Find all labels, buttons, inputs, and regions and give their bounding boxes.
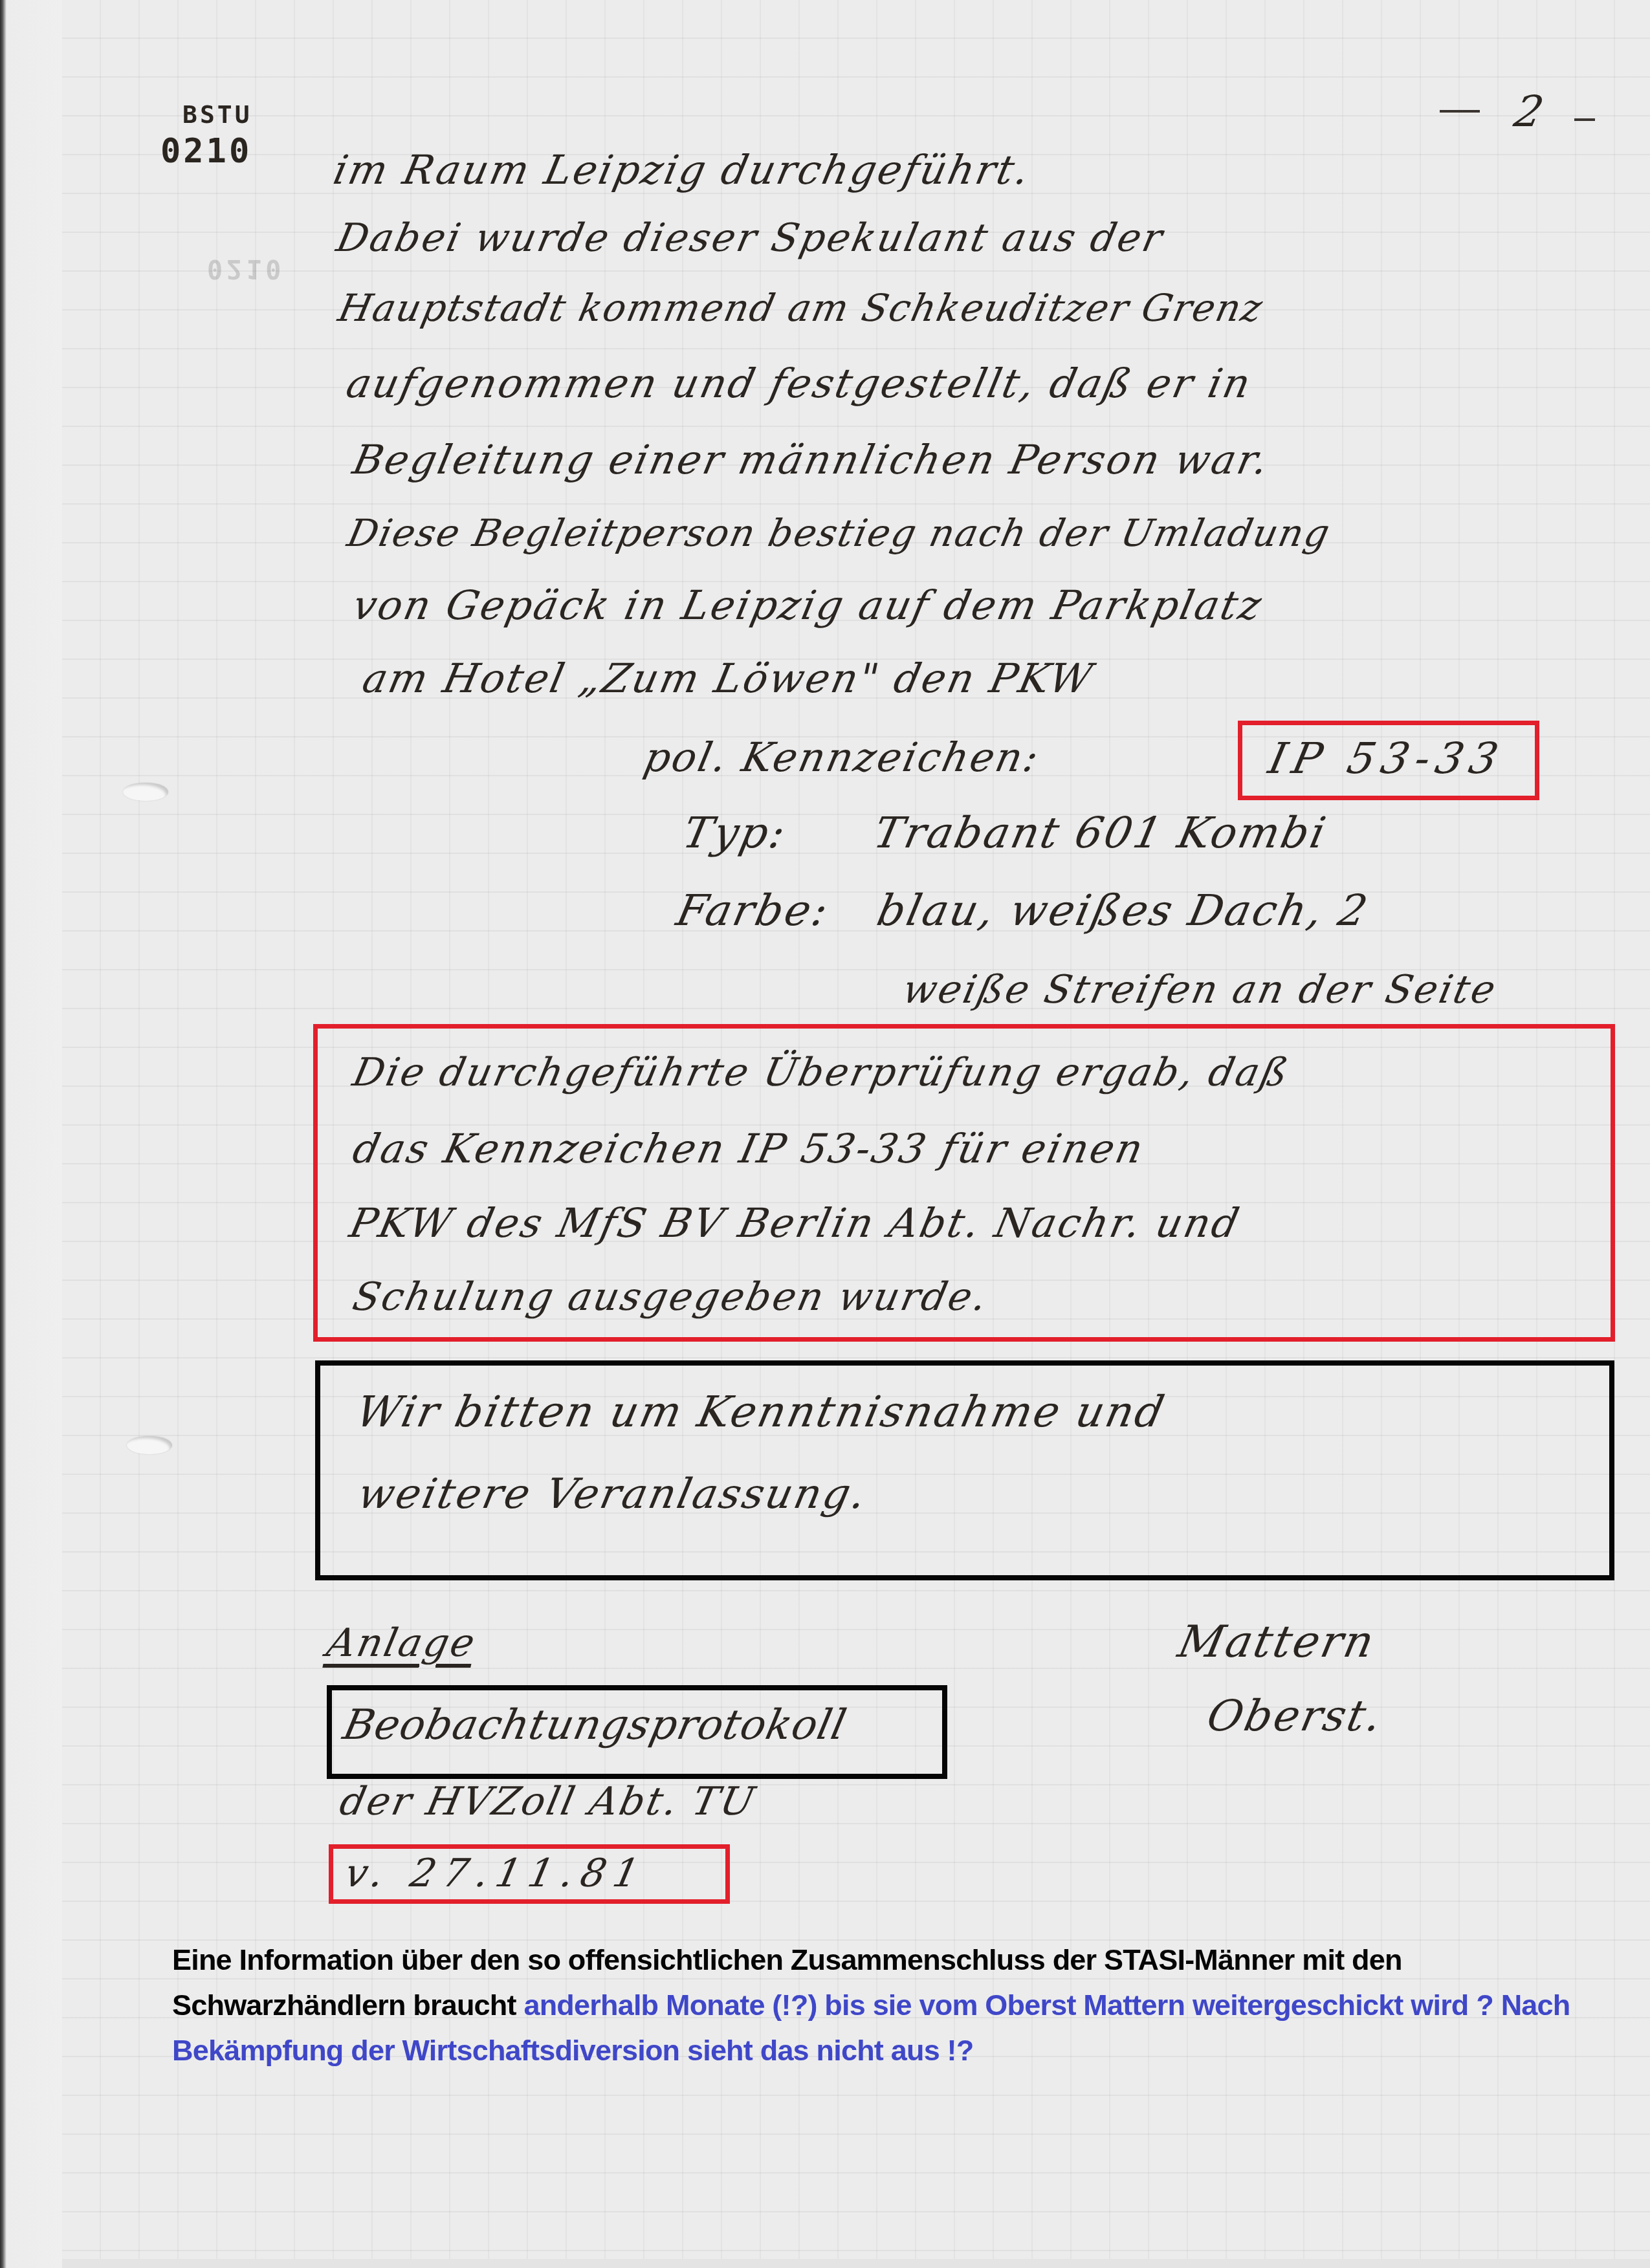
annotation-text-black: Eine Information über den so offensichtl…	[172, 1943, 1402, 1976]
body-line: Hauptstadt kommend am Schkeuditzer Grenz	[335, 289, 1267, 327]
attachment-title: Beobachtungsprotokoll	[340, 1705, 850, 1746]
body-line: Diese Begleitperson bestieg nach der Uml…	[344, 514, 1334, 552]
plate-value: IP 53-33	[1265, 737, 1508, 780]
finding-line: PKW des MfS BV Berlin Abt. Nachr. und	[346, 1203, 1244, 1243]
archive-stamp-bstu: BSTU	[182, 102, 252, 127]
request-line: weitere Veranlassung.	[355, 1474, 871, 1515]
attachment-date: v. 27.11.81	[342, 1854, 650, 1893]
page-number-dash-left	[1440, 110, 1480, 113]
scanner-edge	[0, 0, 62, 2268]
attachment-label: Anlage	[324, 1624, 480, 1663]
plate-label: pol. Kennzeichen:	[641, 737, 1044, 778]
finding-line: Schulung ausgegeben wurde.	[349, 1278, 992, 1316]
body-line: Begleitung einer männlichen Person war.	[349, 440, 1273, 480]
color-value-continued: weiße Streifen an der Seite	[899, 970, 1501, 1009]
body-line: am Hotel „Zum Löwen" den PKW	[359, 659, 1097, 699]
finding-line: das Kennzeichen IP 53-33 für einen	[349, 1129, 1148, 1169]
finding-line: Die durchgeführte Überprüfung ergab, daß	[349, 1053, 1293, 1092]
color-label: Farbe:	[673, 889, 833, 932]
page-bottom-edge	[62, 2259, 1650, 2268]
body-line: Dabei wurde dieser Spekulant aus der	[333, 219, 1167, 257]
body-line: von Gepäck in Leipzig auf dem Parkplatz	[349, 585, 1266, 626]
body-line: aufgenommen und festgestellt, daß er in	[343, 364, 1256, 404]
type-label: Typ:	[679, 812, 791, 855]
type-value: Trabant 601 Kombi	[870, 812, 1331, 855]
annotation-text-black: Schwarzhändlern braucht	[172, 1989, 523, 2022]
signature-name: Mattern	[1174, 1620, 1380, 1664]
body-line: im Raum Leipzig durchgeführt.	[330, 150, 1035, 190]
request-line: Wir bitten um Kenntnisnahme und	[353, 1391, 1169, 1434]
archive-stamp-ghost: 0210	[207, 256, 285, 281]
page-number-dash-right	[1574, 118, 1595, 121]
punch-hole-bottom	[127, 1436, 172, 1454]
color-value: blau, weißes Dach, 2	[874, 889, 1373, 932]
signature-rank: Oberst.	[1204, 1695, 1387, 1738]
punch-hole-top	[123, 783, 168, 801]
attachment-source: der HVZoll Abt. TU	[336, 1782, 760, 1821]
annotation-commentary: Eine Information über den so offensichtl…	[172, 1937, 1609, 2073]
archive-stamp-number: 0210	[160, 135, 252, 168]
